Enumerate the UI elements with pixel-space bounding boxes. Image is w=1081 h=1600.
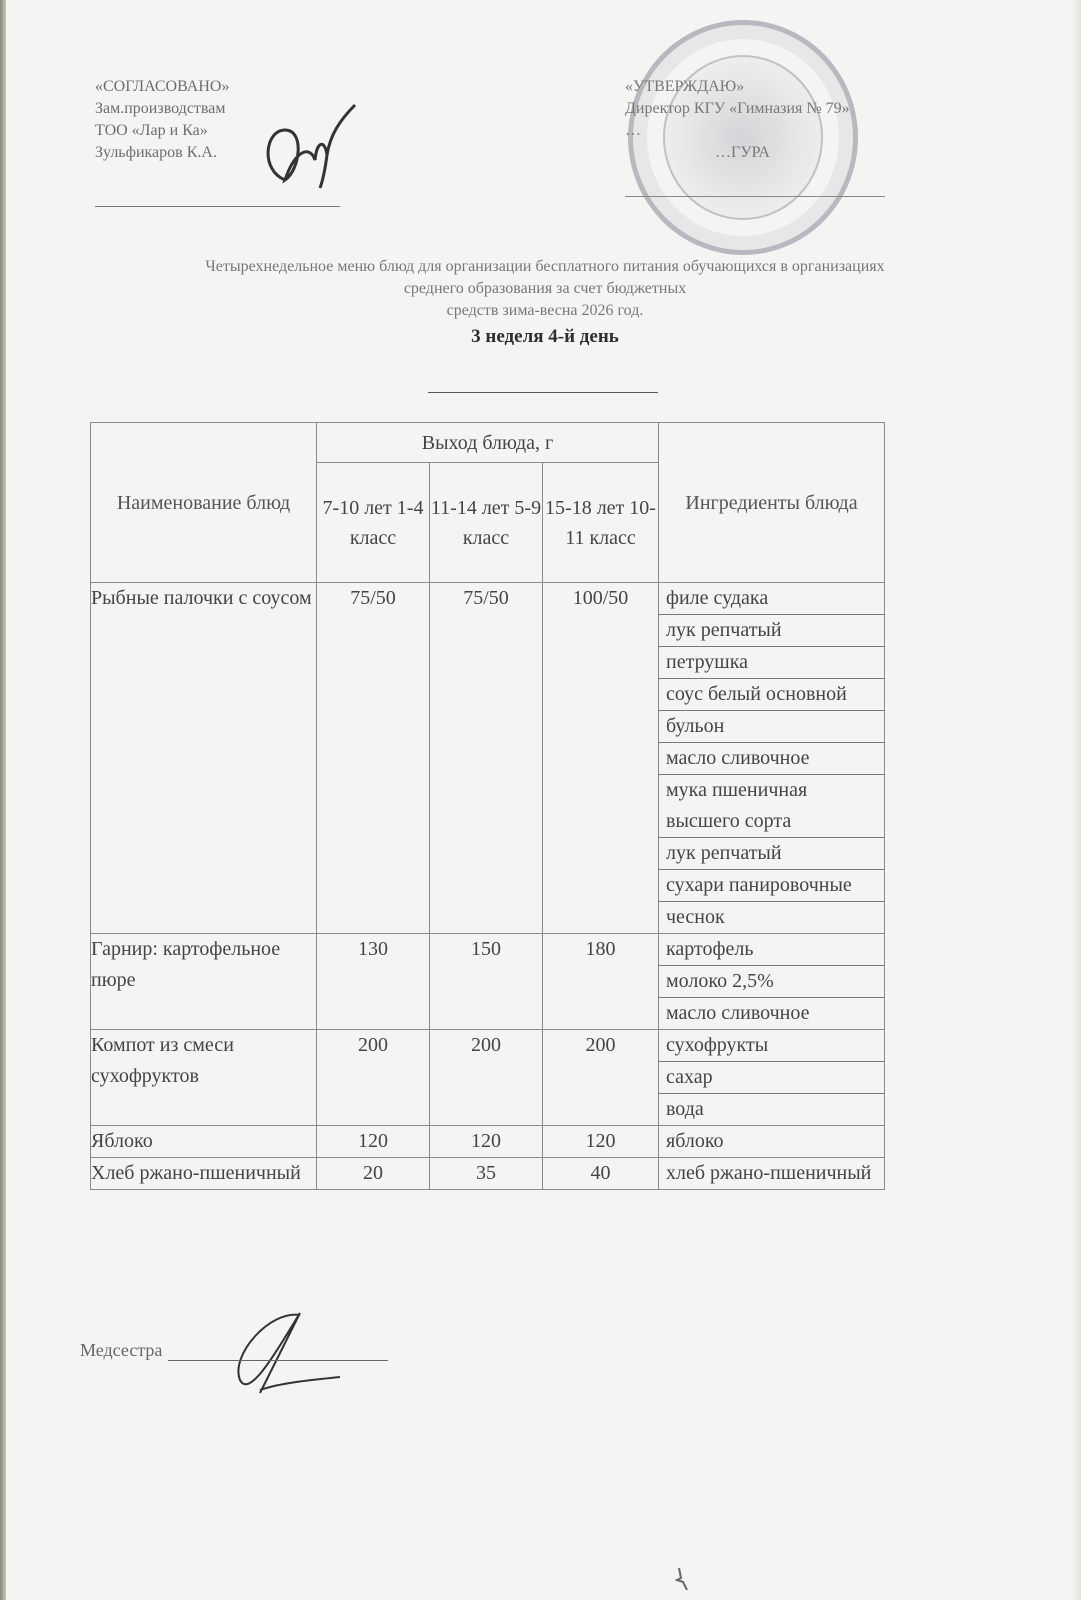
yield-value: 120 <box>317 1126 430 1158</box>
dish-name: Хлеб ржано-пшеничный <box>91 1158 317 1190</box>
page-edge-shadow <box>0 0 6 1600</box>
yield-value: 180 <box>543 934 659 1030</box>
ingredient-item: масло сливочное <box>659 998 884 1029</box>
dish-name: Компот из смеси сухофруктов <box>91 1030 317 1126</box>
nurse-signature-block: Медсестра <box>80 1340 388 1361</box>
header-age-group: 11-14 лет 5-9 класс <box>430 463 543 583</box>
ingredient-item: соус белый основной <box>659 679 884 711</box>
approval-line: …ГУРА <box>625 142 850 164</box>
ingredient-item: филе судака <box>659 583 884 615</box>
yield-value: 130 <box>317 934 430 1030</box>
ingredients-list: сухофруктысахарвода <box>659 1030 885 1126</box>
dish-name: Гарнир: картофельное пюре <box>91 934 317 1030</box>
title-line-2: среднего образования за счет бюджетных <box>80 278 1010 300</box>
approval-line: Зам.производствам <box>95 98 229 120</box>
signature-icon <box>255 100 365 190</box>
title-underline <box>428 392 658 393</box>
ingredient-item: сухари панировочные <box>659 870 884 902</box>
nurse-label: Медсестра <box>80 1340 162 1360</box>
header-age-group: 15-18 лет 10-11 класс <box>543 463 659 583</box>
approval-heading: «СОГЛАСОВАНО» <box>95 76 229 98</box>
yield-value: 75/50 <box>430 583 543 934</box>
ingredient-item: лук репчатый <box>659 615 884 647</box>
yield-value: 100/50 <box>543 583 659 934</box>
table-row: Рыбные палочки с соусом75/5075/50100/50ф… <box>91 583 885 934</box>
approval-line: ТОО «Лар и Ка» <box>95 120 229 142</box>
ingredients-list: картофельмолоко 2,5%масло сливочное <box>659 934 885 1030</box>
ingredient-item: молоко 2,5% <box>659 966 884 998</box>
ingredient-item: чеснок <box>659 902 884 933</box>
table-row: Гарнир: картофельное пюре130150180картоф… <box>91 934 885 1030</box>
week-day-heading: 3 неделя 4-й день <box>80 326 1010 348</box>
yield-value: 35 <box>430 1158 543 1190</box>
ingredient-item: картофель <box>659 934 884 966</box>
yield-value: 120 <box>543 1126 659 1158</box>
signature-line <box>168 1340 388 1361</box>
signature-line <box>95 206 340 207</box>
menu-table: Наименование блюд Выход блюда, г Ингреди… <box>90 422 885 1190</box>
ingredient-item: яблоко <box>659 1126 884 1157</box>
yield-value: 75/50 <box>317 583 430 934</box>
yield-value: 200 <box>543 1030 659 1126</box>
approval-heading: «УТВЕРЖДАЮ» <box>625 76 850 98</box>
ingredient-item: бульон <box>659 711 884 743</box>
table-row: Хлеб ржано-пшеничный203540хлеб ржано-пше… <box>91 1158 885 1190</box>
ingredient-item: лук репчатый <box>659 838 884 870</box>
approval-block-approved: «УТВЕРЖДАЮ» Директор КГУ «Гимназия № 79»… <box>625 76 850 164</box>
approval-block-agreed: «СОГЛАСОВАНО» Зам.производствам ТОО «Лар… <box>95 76 229 164</box>
table-row: Компот из смеси сухофруктов200200200сухо… <box>91 1030 885 1126</box>
ingredient-item: сухофрукты <box>659 1030 884 1062</box>
yield-value: 40 <box>543 1158 659 1190</box>
ingredient-item: вода <box>659 1094 884 1125</box>
yield-value: 200 <box>317 1030 430 1126</box>
table-row: Яблоко120120120яблоко <box>91 1126 885 1158</box>
yield-value: 20 <box>317 1158 430 1190</box>
header-dish-name: Наименование блюд <box>91 423 317 583</box>
ingredient-item: петрушка <box>659 647 884 679</box>
ingredient-item: хлеб ржано-пшеничный <box>659 1158 884 1189</box>
approval-line: … <box>625 120 850 142</box>
ingredient-item: сахар <box>659 1062 884 1094</box>
header-age-group: 7-10 лет 1-4 класс <box>317 463 430 583</box>
ingredient-item: мука пшеничная высшего сорта <box>659 775 884 838</box>
ingredient-item: масло сливочное <box>659 743 884 775</box>
yield-value: 150 <box>430 934 543 1030</box>
ingredients-list: яблоко <box>659 1126 885 1158</box>
title-line-3: средств зима-весна 2026 год. <box>80 300 1010 322</box>
signature-line <box>625 196 885 197</box>
header-ingredients: Ингредиенты блюда <box>659 423 885 583</box>
approval-line: Зульфикаров К.А. <box>95 142 229 164</box>
dish-name: Яблоко <box>91 1126 317 1158</box>
document-title: Четырехнедельное меню блюд для организац… <box>80 256 1010 348</box>
dish-name: Рыбные палочки с соусом <box>91 583 317 934</box>
ink-speck <box>675 1568 689 1590</box>
header-yield: Выход блюда, г <box>317 423 659 463</box>
approval-line: Директор КГУ «Гимназия № 79» <box>625 98 850 120</box>
page-edge <box>1071 0 1081 1600</box>
yield-value: 120 <box>430 1126 543 1158</box>
title-line-1: Четырехнедельное меню блюд для организац… <box>80 256 1010 278</box>
yield-value: 200 <box>430 1030 543 1126</box>
ingredients-list: филе судакалук репчатыйпетрушкасоус белы… <box>659 583 885 934</box>
ingredients-list: хлеб ржано-пшеничный <box>659 1158 885 1190</box>
